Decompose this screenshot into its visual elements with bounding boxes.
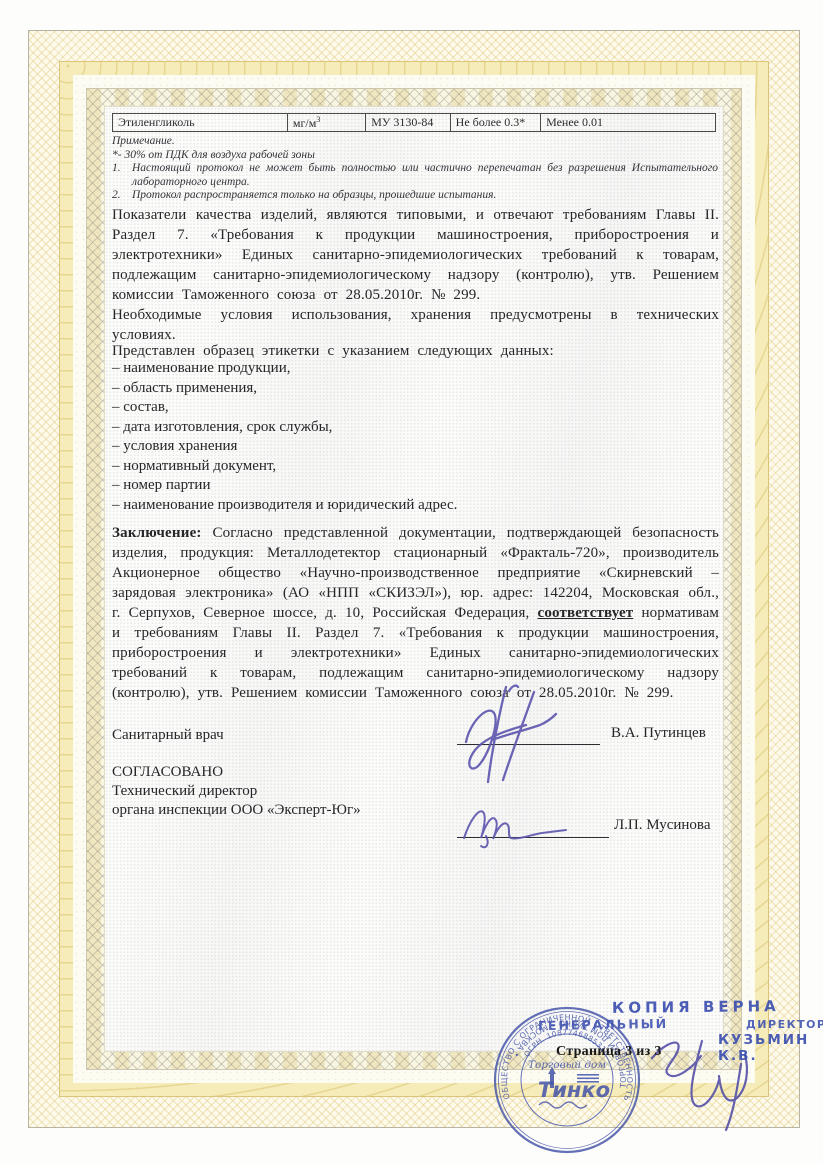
name-putintsev: В.А. Путинцев: [611, 725, 706, 742]
note-number: 1.: [112, 162, 132, 189]
copy-stamp-name: КУЗЬМИН К.В.: [718, 1032, 823, 1064]
notes-title: Примечание.: [112, 135, 718, 149]
cell-substance: Этиленгликоль: [113, 114, 288, 132]
list-item: – условия хранения: [112, 437, 719, 457]
guilloche-frame-lattice-band: Этиленгликоль мг/м3 МУ 3130-84 Не более …: [86, 88, 742, 1070]
label-data-list: – наименование продукции, – область прим…: [112, 359, 719, 515]
agreed-label: СОГЛАСОВАНО: [112, 763, 361, 782]
cell-norm: Не более 0.3*: [450, 114, 540, 132]
list-item: – наименование производителя и юридическ…: [112, 496, 719, 516]
note-number: 2.: [112, 189, 132, 203]
role-sanitary-doctor: Санитарный врач: [112, 727, 224, 744]
list-item: – состав,: [112, 398, 719, 418]
unit-superscript: 3: [316, 115, 320, 124]
copy-stamp-director: ДИРЕКТОР: [746, 1018, 823, 1031]
agreed-block: СОГЛАСОВАНО Технический директор органа …: [112, 763, 361, 820]
guilloche-frame-white-band: Этиленгликоль мг/м3 МУ 3130-84 Не более …: [73, 75, 755, 1083]
conclusion-label: Заключение:: [112, 525, 202, 541]
stamp-center-line1: Торговый дом: [528, 1059, 606, 1071]
label-intro: Представлен образец этикетки с указанием…: [112, 341, 719, 361]
list-item: – область применения,: [112, 379, 719, 399]
table-row: Этиленгликоль мг/м3 МУ 3130-84 Не более …: [113, 114, 716, 132]
paragraph-conditions: Необходимые условия использования, хране…: [112, 305, 719, 345]
analysis-results-table: Этиленгликоль мг/м3 МУ 3130-84 Не более …: [112, 113, 716, 132]
cell-result: Менее 0.01: [541, 114, 716, 132]
name-musinova: Л.П. Мусинова: [614, 817, 710, 834]
stamp-center-logo: Тинко: [538, 1078, 610, 1102]
paragraph-quality: Показатели качества изделий, являются ти…: [112, 205, 719, 305]
conclusion-emphasis: соответствует: [538, 605, 634, 621]
list-item: – дата изготовления, срок службы,: [112, 418, 719, 438]
scanned-certificate-page: Этиленгликоль мг/м3 МУ 3130-84 Не более …: [0, 0, 823, 1165]
note-text: Настоящий протокол не может быть полност…: [132, 162, 718, 189]
note-item: 2. Протокол распространяется только на о…: [112, 189, 718, 203]
list-item: – номер партии: [112, 476, 719, 496]
cell-method: МУ 3130-84: [366, 114, 450, 132]
notes-star: *- 30% от ПДК для воздуха рабочей зоны: [112, 149, 718, 163]
list-item: – наименование продукции,: [112, 359, 719, 379]
page-indicator: Страница 3 из 3: [556, 1044, 662, 1060]
copy-stamp-general: ГЕНЕРАЛЬНЫЙ: [538, 1016, 668, 1033]
notes-block: Примечание. *- 30% от ПДК для воздуха ра…: [112, 135, 718, 203]
copy-stamp-line1: КОПИЯ ВЕРНА: [612, 997, 780, 1017]
note-item: 1. Настоящий протокол не может быть полн…: [112, 162, 718, 189]
guilloche-frame-outer: Этиленгликоль мг/м3 МУ 3130-84 Не более …: [28, 30, 800, 1128]
signature-line: [457, 738, 600, 745]
note-text: Протокол распространяется только на обра…: [132, 189, 718, 203]
cell-unit: мг/м3: [287, 114, 365, 132]
list-item: – нормативный документ,: [112, 457, 719, 477]
signature-line: [457, 831, 609, 838]
document-body: Этиленгликоль мг/м3 МУ 3130-84 Не более …: [104, 106, 724, 1052]
agreed-role-line1: Технический директор: [112, 782, 361, 801]
guilloche-frame-wave-band: Этиленгликоль мг/м3 МУ 3130-84 Не более …: [59, 61, 769, 1097]
stamp-logo-wave: [539, 1102, 587, 1108]
conclusion-paragraph: Заключение: Согласно представленной доку…: [112, 523, 719, 703]
agreed-role-line2: органа инспекции ООО «Эксперт-Юг»: [112, 801, 361, 820]
